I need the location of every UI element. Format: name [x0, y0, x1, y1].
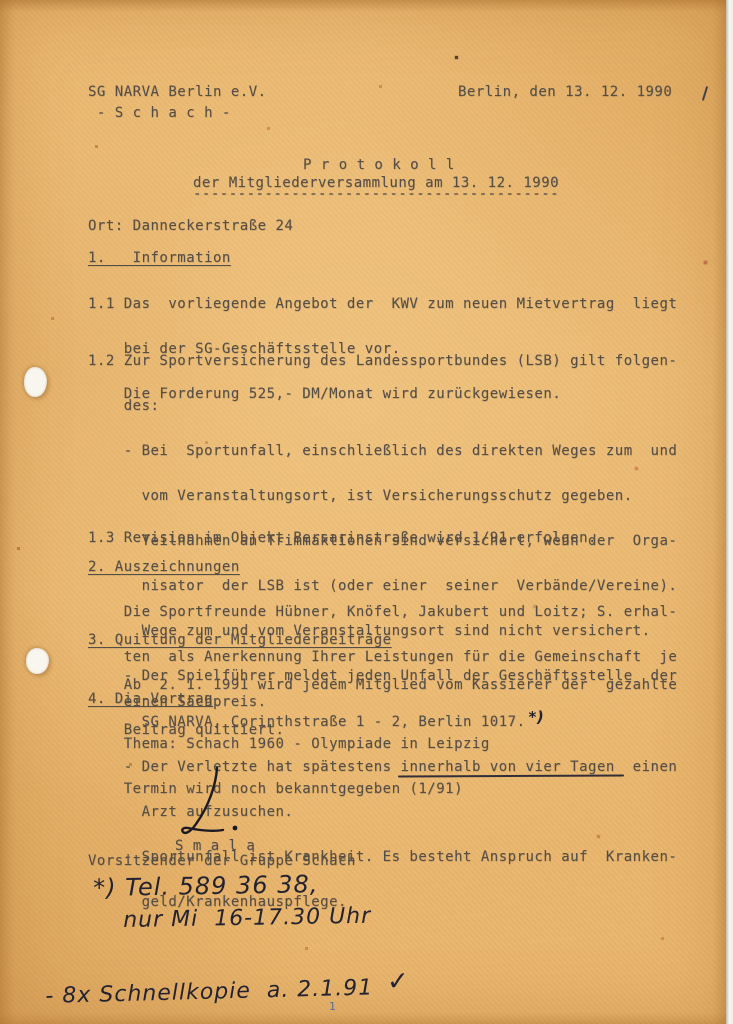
paragraph-4: Thema: Schach 1960 - Olympiade in Leipzi…	[88, 707, 490, 827]
signature-role: Vorsitzender der Gruppe Schach	[88, 854, 356, 869]
text-line: 1.1 Das vorliegende Angebot der KWV zum …	[88, 297, 677, 312]
copy-note-text: - 8x Schnellkopie a. 2.1.91	[45, 975, 373, 1009]
title-dashed-rule: ----------------------------------------…	[193, 187, 559, 202]
section-4-heading: 4. Dia-Vortrag	[88, 692, 213, 707]
handwritten-phone-note-line2: nur Mi 16-17.30 Uhr	[123, 904, 371, 933]
text-line: Die Sportfreunde Hübner, Knöfel, Jakuber…	[88, 605, 677, 620]
org-subtitle: - S c h a c h -	[88, 106, 231, 121]
paper-speckles	[0, 0, 1, 1]
text-line: Termin wird noch bekanntgegeben (1/91)	[88, 782, 490, 797]
section-3-heading: 3. Quittung der Mitgliederbeiträge	[88, 633, 392, 648]
text-line: Thema: Schach 1960 - Olympiade in Leipzi…	[88, 737, 490, 752]
paragraph-1-3: 1.3 Revision im Objekt Bersarinstraße wi…	[88, 531, 597, 546]
section-2-heading: 2. Auszeichnungen	[88, 560, 240, 575]
signature-name: S m a l a	[175, 839, 255, 854]
doc-title: P r o t o k o l l	[303, 158, 455, 173]
text-line: - Bei Sportunfall, einschließlich des di…	[88, 444, 677, 459]
document-scan: SG NARVA Berlin e.V. - S c h a c h - Ber…	[0, 0, 733, 1024]
pen-tick-mark	[702, 86, 708, 101]
page-number: 1	[329, 1000, 336, 1013]
scan-edge	[726, 0, 733, 1024]
punch-hole-bottom	[26, 648, 49, 674]
org-name: SG NARVA Berlin e.V.	[88, 85, 267, 100]
text-line: vom Veranstaltungsort, ist Versicherungs…	[88, 489, 677, 504]
handwritten-phone-note-line1: *) Tel. 589 36 38,	[93, 870, 319, 902]
check-mark: ✓	[387, 966, 411, 997]
punch-hole-top	[24, 367, 47, 397]
section-1-heading: 1. Information	[88, 251, 231, 266]
signature-stroke	[165, 762, 255, 842]
handwritten-copy-note: - 8x Schnellkopie a. 2.1.91✓	[45, 971, 396, 1010]
text-line: 1.2 Zur Sportversicherung des Landesspor…	[88, 354, 677, 369]
location-line: Ort: Danneckerstraße 24	[88, 219, 293, 234]
paper-sheet: SG NARVA Berlin e.V. - S c h a c h - Ber…	[0, 0, 726, 1024]
date-line: Berlin, den 13. 12. 1990	[458, 85, 672, 100]
text-line: des:	[88, 399, 677, 414]
